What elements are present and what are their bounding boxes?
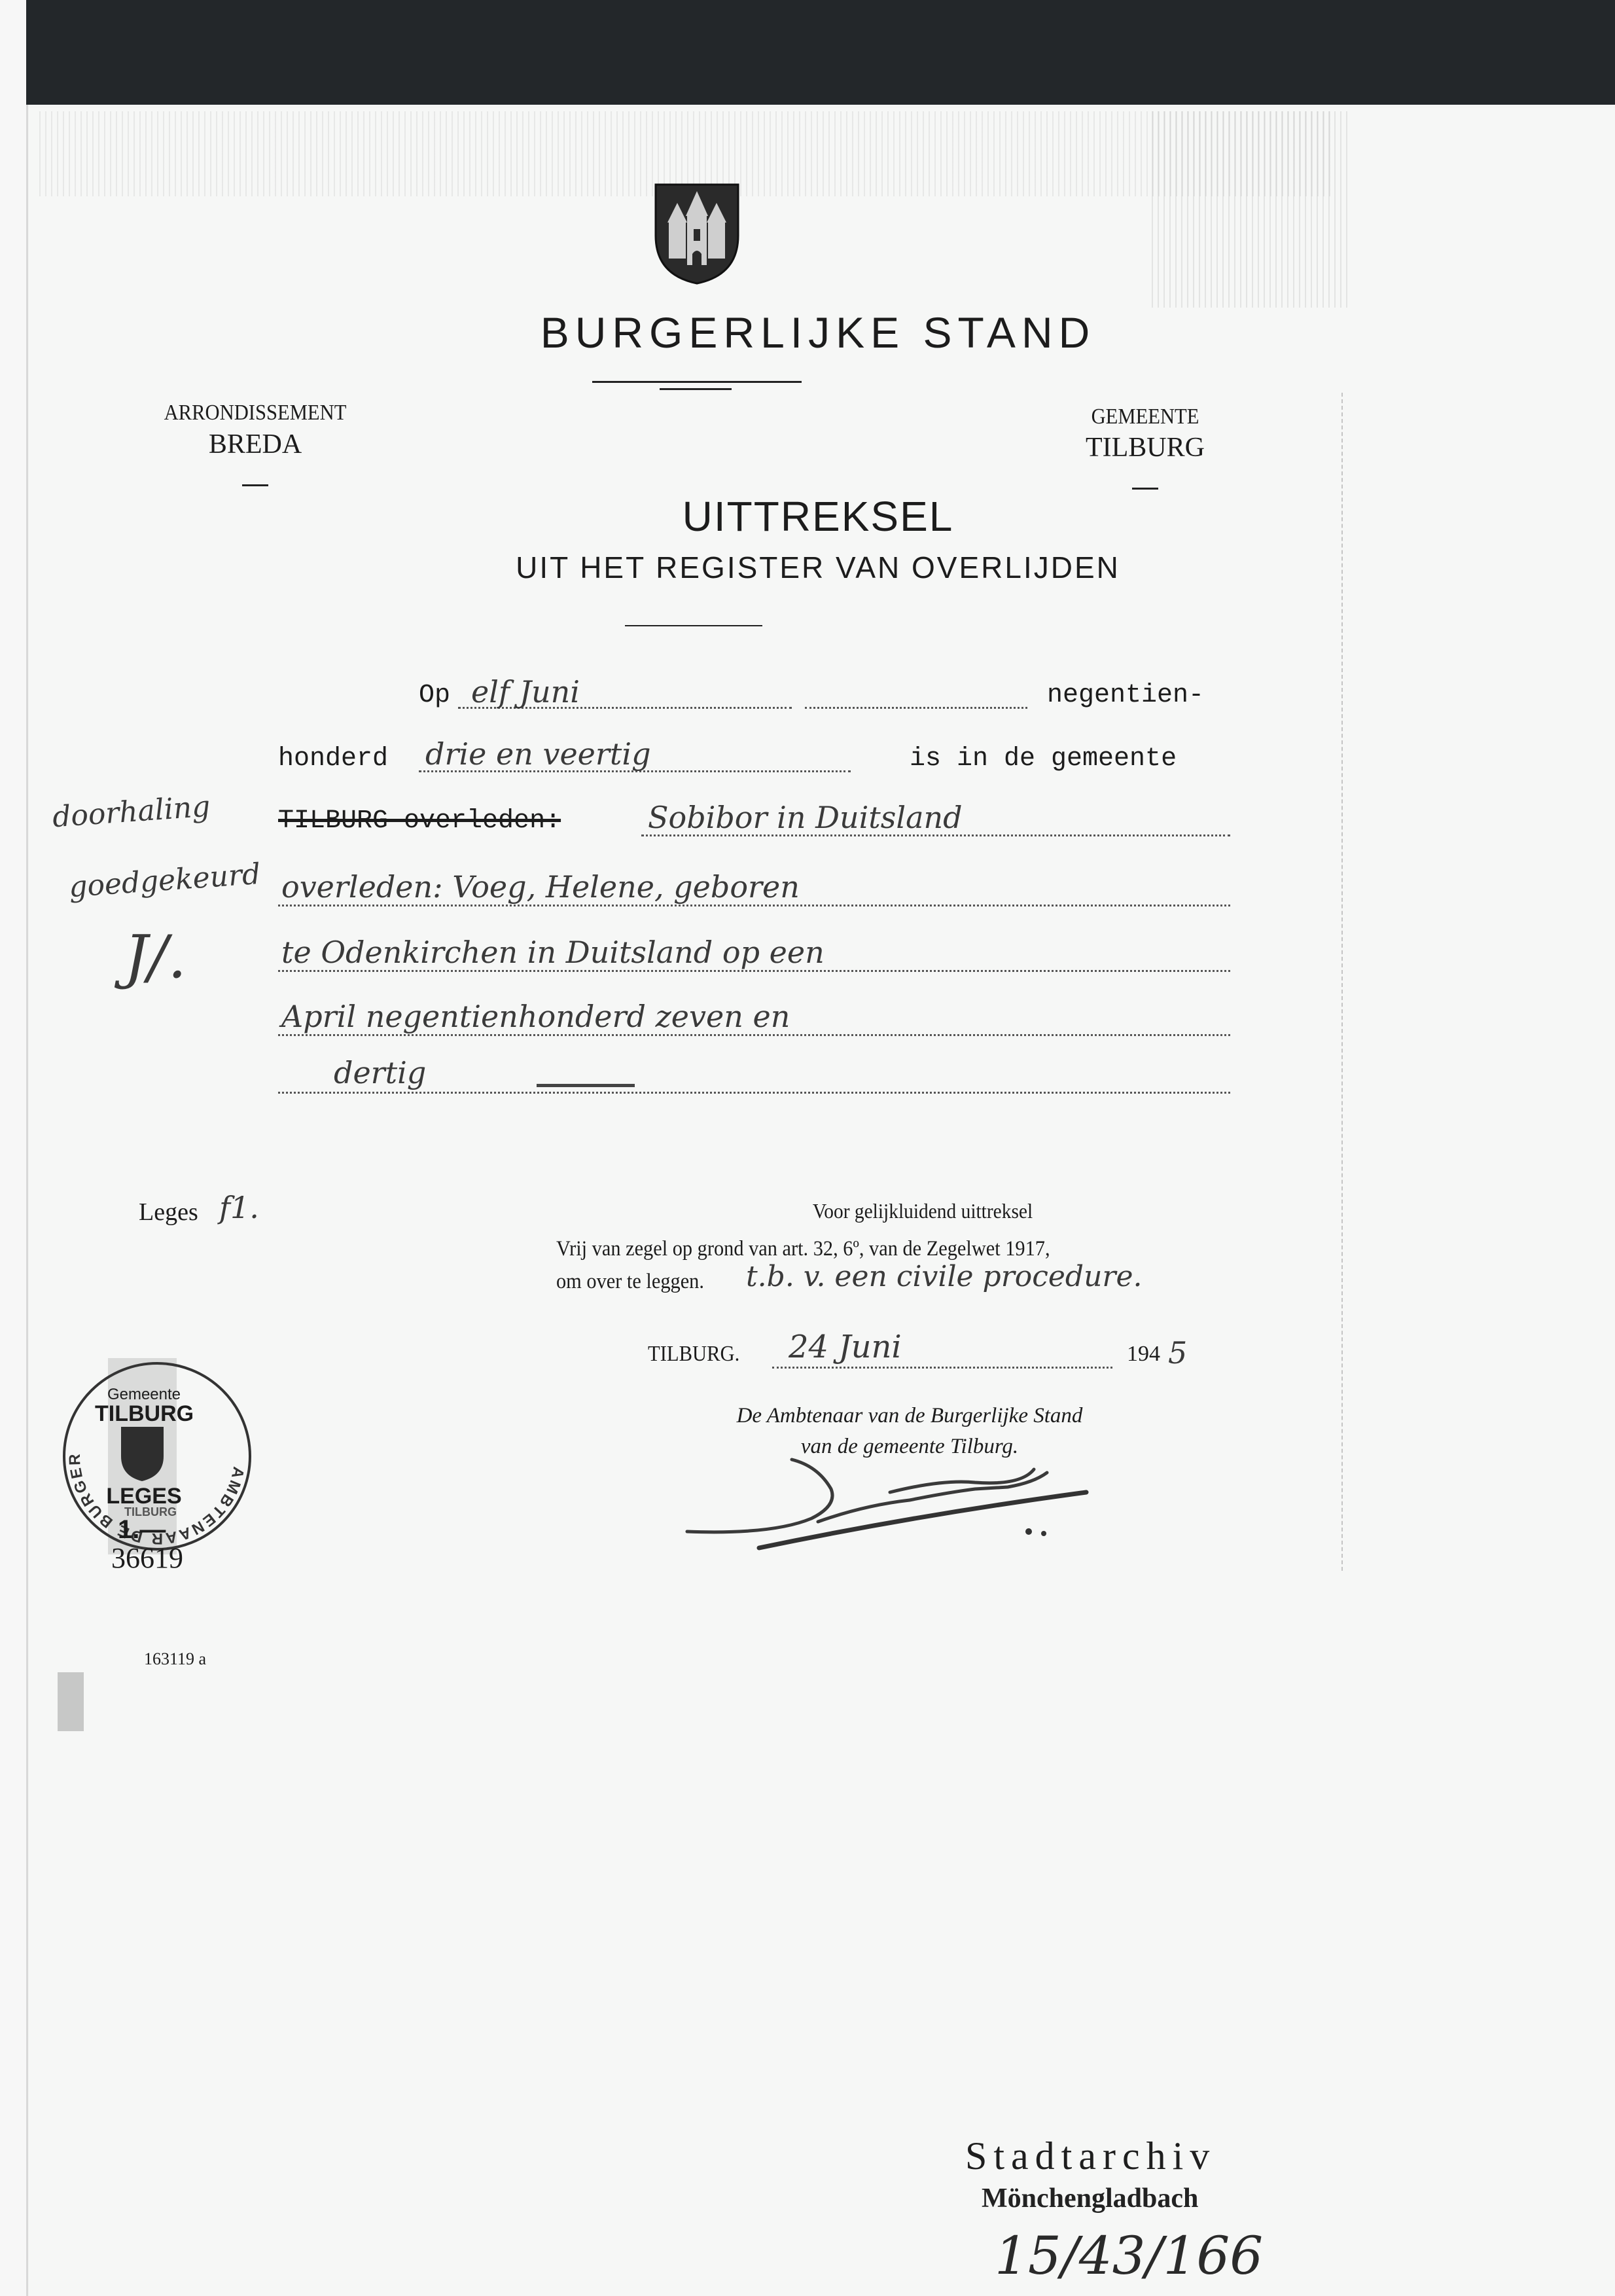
registry-title: BURGERLIJKE STAND (262, 308, 1374, 357)
document-subtitle: UIT HET REGISTER VAN OVERLIJDEN (262, 550, 1374, 585)
scan-streaks-dark (1152, 111, 1348, 308)
municipality-dash (1132, 488, 1158, 490)
fill-stroke (537, 1084, 635, 1087)
date-prefix: Op (419, 681, 450, 710)
dotted-line-5 (278, 970, 1230, 972)
issue-date: 24 Juni (789, 1329, 902, 1365)
certification-line3: om over te leggen. (556, 1270, 704, 1294)
fold-mark (1341, 393, 1344, 1571)
leges-stamp: AMBTENAAR DE BURGERLIJKESTAND Gemeente T… (59, 1358, 255, 1554)
deceased-name: overleden: Voeg, Helene, geboren (281, 869, 800, 905)
death-day-month: elf Juni (471, 674, 580, 709)
margin-initials: J/. (124, 923, 186, 992)
hundred-text: honderd (278, 744, 388, 774)
tilburg-coat-of-arms-icon (654, 183, 739, 285)
scan-smudge (58, 1672, 84, 1731)
archive-stamp-line2: Mönchengladbach (982, 2183, 1198, 2214)
date-dotted-line-2 (805, 707, 1027, 709)
archive-stamp-line1: Stadtarchiv (965, 2134, 1216, 2179)
death-place: Sobibor in Duitsland (648, 800, 963, 835)
stamp-amount: 1.— (118, 1515, 166, 1545)
birth-year-end: dertig (334, 1055, 426, 1090)
municipality-label: GEMEENTE (1057, 404, 1233, 429)
dotted-line-6 (278, 1034, 1230, 1036)
year-prefix-text: negentien- (1047, 681, 1204, 710)
dotted-line-4 (278, 905, 1230, 906)
subtitle-rule (625, 625, 762, 626)
leges-label: Leges (139, 1198, 198, 1227)
municipality-value: TILBURG (1047, 432, 1243, 463)
archive-reference: 15/43/166 (995, 2225, 1263, 2286)
issue-place: TILBURG. (648, 1342, 739, 1367)
municipality-text: is in de gemeente (910, 744, 1177, 774)
title-rule-short (660, 388, 732, 390)
birth-date: April negentienhonderd zeven en (281, 999, 790, 1034)
issue-date-dotted-line (772, 1367, 1112, 1369)
district-value: BREDA (118, 429, 393, 460)
dotted-line-7 (278, 1092, 1230, 1094)
official-signature (667, 1453, 1191, 1551)
stamp-city: TILBURG (95, 1401, 193, 1427)
district-label: ARRONDISSEMENT (132, 401, 379, 425)
stamp-number: 36619 (111, 1541, 183, 1575)
leges-amount: f1. (219, 1190, 259, 1225)
title-rule (592, 381, 802, 383)
document-title: UITTREKSEL (262, 492, 1374, 541)
scanner-shadow-band (26, 0, 1615, 105)
district-dash (242, 484, 268, 486)
scan-left-strip (0, 0, 28, 2296)
certification-line1: Voor gelijkluidend uittreksel (676, 1199, 1169, 1223)
death-year: drie en veertig (425, 736, 651, 772)
issue-year-digit: 5 (1168, 1335, 1187, 1371)
form-number: 163119 a (144, 1649, 206, 1669)
struck-tilburg: TILBURG overleden: (278, 806, 561, 836)
birthplace: te Odenkirchen in Duitsland op een (281, 935, 825, 970)
certification-line2: Vrij van zegel op grond van art. 32, 6º,… (556, 1237, 1050, 1261)
certification-purpose: t.b. v. een civile procedure. (746, 1260, 1143, 1293)
official-title-line1: De Ambtenaar van de Burgerlijke Stand (681, 1404, 1139, 1428)
issue-year-prefix: 194 (1127, 1342, 1160, 1367)
